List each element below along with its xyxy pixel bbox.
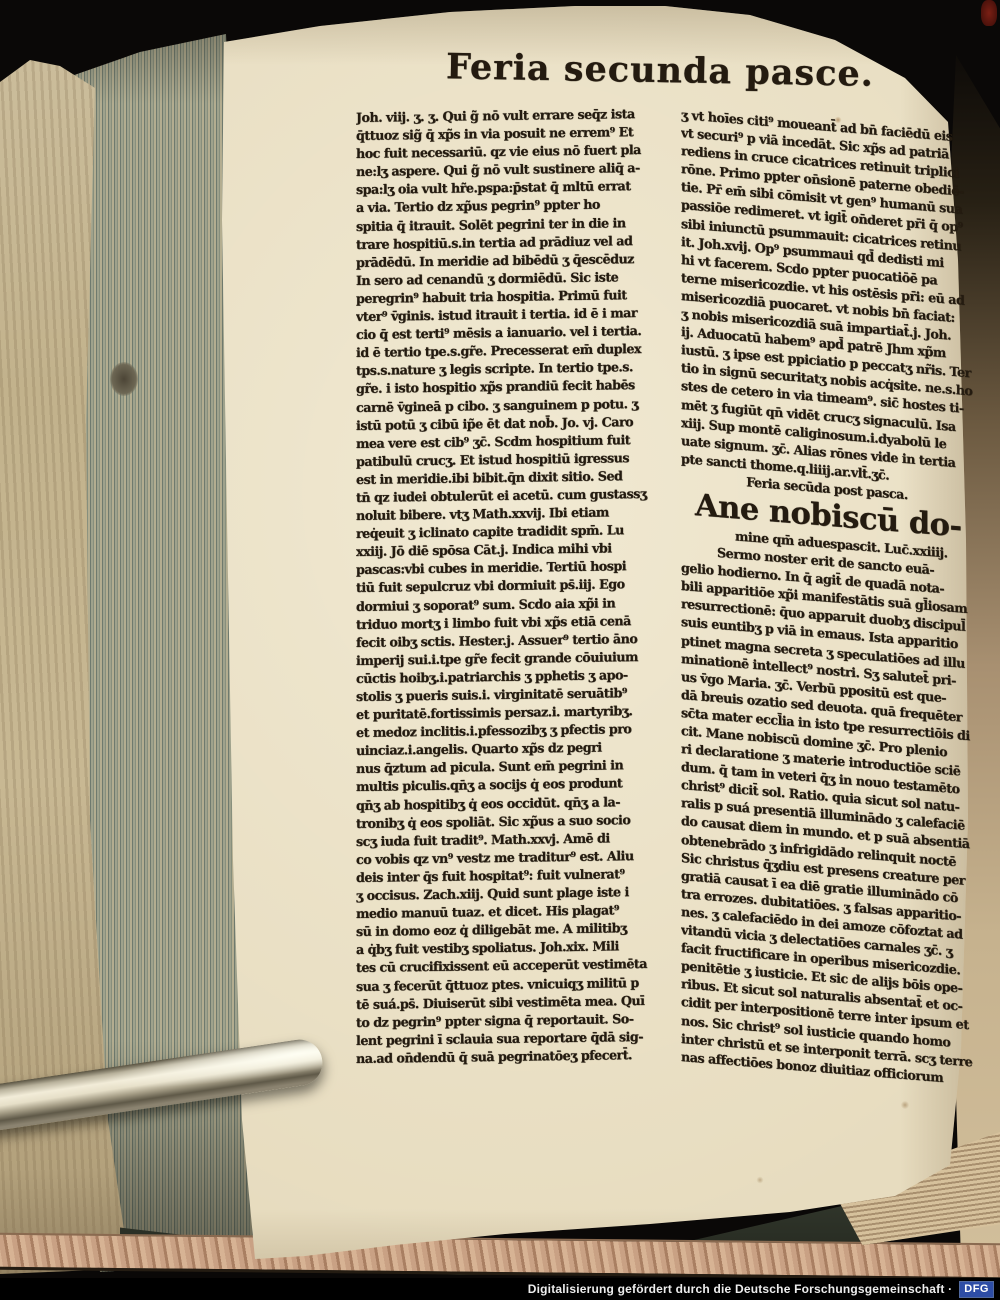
text-column-left: Joh. viij. ʒ. ʒ. Qui g̃ nō vult errare s… (356, 105, 678, 1068)
right-column-upper-text: ʒ vt hoīes citi⁹ moueant̄ ad bn̄ faciēdū… (681, 106, 973, 491)
digitization-credit-bar: Digitalisierung gefördert durch die Deut… (0, 1278, 1000, 1300)
credit-text: Digitalisierung gefördert durch die Deut… (528, 1282, 953, 1296)
book-scan-photo: Feria secunda pasce. Joh. viij. ʒ. ʒ. Qu… (0, 0, 1000, 1300)
dfg-logo: DFG (959, 1281, 994, 1298)
fore-edge-stain (110, 362, 138, 396)
red-stain (981, 0, 997, 26)
text-column-right: ʒ vt hoīes citi⁹ moueant̄ ad bn̄ faciēdū… (681, 106, 973, 1089)
right-column-lower-text: gelio hodierno. In q̄ agit̄ de quadā not… (681, 559, 973, 1089)
running-title: Feria secunda pasce. (420, 46, 901, 95)
